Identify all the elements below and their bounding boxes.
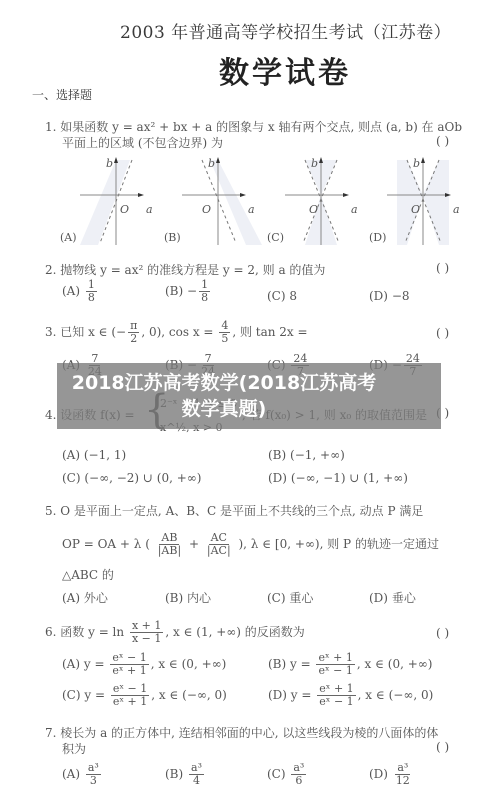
- graph-a-icon: b a O (A): [60, 155, 160, 247]
- svg-text:b: b: [413, 157, 420, 170]
- denominator: eˣ + 1: [111, 696, 149, 708]
- fraction: a³6: [291, 762, 306, 787]
- denominator: |AC|: [205, 545, 233, 557]
- svg-text:O: O: [411, 203, 420, 216]
- question-number: 3.: [45, 325, 56, 339]
- exam-title: 2003 年普通高等学校招生考试（江苏卷）: [120, 18, 500, 43]
- svg-text:a: a: [351, 203, 358, 216]
- denominator: x − 1: [130, 633, 163, 645]
- svg-text:O: O: [309, 203, 318, 216]
- fraction: AC|AC|: [205, 532, 233, 557]
- svg-text:a: a: [146, 203, 153, 216]
- option-label: (A): [62, 448, 80, 462]
- option-value: 垂心: [392, 591, 416, 605]
- denominator: eˣ − 1: [316, 665, 354, 677]
- plus-sign: +: [189, 537, 199, 551]
- option-b-graph: b a O (B): [162, 155, 262, 251]
- option-label: (B): [165, 591, 183, 605]
- question-text: OP = OA + λ (: [62, 537, 150, 551]
- answer-blank: ( ): [436, 626, 449, 640]
- question-text: ), λ ∈ [0, +∞), 则 P 的轨迹一定通过: [239, 537, 439, 551]
- option-domain: , x ∈ (−∞, 0): [358, 688, 434, 702]
- answer-blank: ( ): [436, 326, 449, 340]
- answer-blank: ( ): [436, 740, 449, 754]
- option-c: (C) 重心: [267, 589, 313, 606]
- option-b: (B) a³4: [165, 762, 206, 787]
- option-label: (D): [369, 591, 388, 605]
- option-d: (D) a³12: [369, 762, 414, 787]
- option-label: (D): [268, 471, 287, 485]
- question-5-line1: 5. O 是平面上一定点, A、B、C 是平面上不共线的三个点, 动点 P 满足: [45, 502, 423, 519]
- svg-text:b: b: [106, 157, 113, 170]
- section-heading: 一、选择题: [32, 86, 92, 103]
- answer-blank: ( ): [436, 134, 449, 148]
- question-7-line1: 7. 棱长为 a 的正方体中, 连结相邻面的中心, 以这些线段为棱的八面体的体: [45, 724, 438, 741]
- option-b: (B) y = eˣ + 1eˣ − 1, x ∈ (0, +∞): [268, 652, 432, 677]
- fraction: a³3: [86, 762, 101, 787]
- option-domain: , x ∈ (0, +∞): [151, 657, 227, 671]
- option-value: (−1, +∞): [290, 448, 345, 462]
- svg-text:a: a: [453, 203, 460, 216]
- denominator: 3: [88, 775, 99, 787]
- question-text: , 0), cos x =: [141, 325, 213, 339]
- option-a: (A) (−1, 1): [62, 448, 126, 462]
- option-c: (C) y = eˣ − 1eˣ + 1, x ∈ (−∞, 0): [62, 683, 227, 708]
- option-value: (−1, 1): [84, 448, 126, 462]
- option-a-graph: b a O (A): [60, 155, 160, 251]
- overlay-title[interactable]: 2018江苏高考数学(2018江苏高考数学真题): [57, 363, 441, 422]
- option-d: (D) 垂心: [369, 589, 416, 606]
- svg-text:(B): (B): [164, 231, 181, 244]
- option-d: (D) −8: [369, 289, 410, 303]
- option-domain: , x ∈ (−∞, 0): [151, 688, 227, 702]
- svg-text:O: O: [202, 203, 211, 216]
- denominator: 12: [394, 775, 412, 787]
- question-number: 1.: [45, 120, 56, 134]
- fraction: eˣ − 1eˣ + 1: [110, 652, 148, 677]
- denominator: 8: [199, 292, 210, 304]
- question-text: 棱长为 a 的正方体中, 连结相邻面的中心, 以这些线段为棱的八面体的体: [60, 726, 438, 740]
- option-value: −8: [392, 289, 410, 303]
- option-d-graph: b a O (D): [367, 155, 467, 251]
- fraction: AB|AB|: [156, 532, 183, 557]
- question-text: , 则 tan 2x =: [232, 325, 307, 339]
- option-a: (A) a³3: [62, 762, 103, 787]
- option-label: (A): [62, 284, 80, 298]
- question-3: 3. 已知 x ∈ (−π2, 0), cos x = 45, 则 tan 2x…: [45, 320, 308, 345]
- answer-blank: ( ): [436, 261, 449, 275]
- graph-c-icon: b a O (C): [265, 155, 365, 247]
- option-b: (B) (−1, +∞): [268, 448, 345, 462]
- option-value: 内心: [187, 591, 211, 605]
- question-text: 已知 x ∈ (−: [60, 325, 126, 339]
- option-label: (C): [267, 767, 286, 781]
- svg-text:a: a: [248, 203, 255, 216]
- question-number: 4.: [45, 408, 56, 422]
- denominator: 5: [219, 333, 230, 345]
- fraction: eˣ − 1eˣ + 1: [111, 683, 149, 708]
- question-2: 2. 抛物线 y = ax² 的准线方程是 y = 2, 则 a 的值为: [45, 261, 325, 278]
- denominator: |AB|: [156, 545, 183, 557]
- option-domain: , x ∈ (0, +∞): [357, 657, 433, 671]
- svg-text:(C): (C): [267, 231, 284, 244]
- option-label: (D) y =: [268, 688, 311, 702]
- denominator: eˣ − 1: [317, 696, 355, 708]
- option-b: (B) 内心: [165, 589, 211, 606]
- option-label: (D): [369, 289, 388, 303]
- option-d: (D) y = eˣ + 1eˣ − 1, x ∈ (−∞, 0): [268, 683, 433, 708]
- option-label: (C): [62, 471, 81, 485]
- option-label: (B): [165, 767, 183, 781]
- question-5-line3: △ABC 的: [62, 566, 114, 583]
- denominator: 2: [128, 333, 139, 345]
- option-value: (−∞, −2) ∪ (0, +∞): [84, 471, 201, 485]
- option-d: (D) (−∞, −1) ∪ (1, +∞): [268, 471, 408, 485]
- option-label: (A): [62, 591, 80, 605]
- graph-b-icon: b a O (B): [162, 155, 262, 247]
- option-a: (A) 外心: [62, 589, 108, 606]
- option-value: (−∞, −1) ∪ (1, +∞): [291, 471, 408, 485]
- option-label: (B): [165, 284, 183, 298]
- question-number: 6.: [45, 625, 56, 639]
- fraction: eˣ + 1eˣ − 1: [316, 652, 354, 677]
- option-label: (B) y =: [268, 657, 311, 671]
- fraction: 45: [219, 320, 230, 345]
- denominator: eˣ + 1: [110, 665, 148, 677]
- option-label: (A) y =: [62, 657, 105, 671]
- option-label: (D): [369, 767, 388, 781]
- option-value: 8: [289, 289, 297, 303]
- denominator: 8: [86, 292, 97, 304]
- fraction: a³4: [189, 762, 204, 787]
- svg-text:(A): (A): [60, 231, 77, 244]
- option-a: (A) 18: [62, 279, 99, 304]
- question-text: O 是平面上一定点, A、B、C 是平面上不共线的三个点, 动点 P 满足: [60, 504, 423, 518]
- question-1-line1: 1. 如果函数 y = ax² + bx + a 的图象与 x 轴有两个交点, …: [45, 118, 462, 135]
- title-overlay-banner[interactable]: 2018江苏高考数学(2018江苏高考数学真题): [57, 363, 441, 429]
- question-text: , x ∈ (1, +∞) 的反函数为: [165, 625, 304, 639]
- option-c: (C) 8: [267, 289, 297, 303]
- question-1-graphs: b a O (A) b a O (B): [60, 155, 470, 250]
- option-value: 外心: [84, 591, 108, 605]
- option-c-graph: b a O (C): [265, 155, 365, 251]
- question-text: 如果函数 y = ax² + bx + a 的图象与 x 轴有两个交点, 则点 …: [60, 120, 462, 134]
- option-label: (C) y =: [62, 688, 105, 702]
- option-label: (C): [267, 289, 286, 303]
- svg-text:b: b: [311, 157, 318, 170]
- option-label: (C): [267, 591, 286, 605]
- question-number: 7.: [45, 726, 56, 740]
- question-text: 抛物线 y = ax² 的准线方程是 y = 2, 则 a 的值为: [60, 263, 325, 277]
- fraction: eˣ + 1eˣ − 1: [317, 683, 355, 708]
- fraction: 18: [86, 279, 97, 304]
- option-a: (A) y = eˣ − 1eˣ + 1, x ∈ (0, +∞): [62, 652, 226, 677]
- question-7-line2: 积为: [62, 740, 86, 757]
- fraction: a³12: [394, 762, 412, 787]
- question-text: 函数 y = ln: [60, 625, 124, 639]
- option-label: (A): [62, 767, 80, 781]
- fraction: 18: [199, 279, 210, 304]
- option-label: (B): [268, 448, 286, 462]
- option-c: (C) (−∞, −2) ∪ (0, +∞): [62, 471, 201, 485]
- fraction: π2: [128, 320, 139, 345]
- svg-text:O: O: [120, 203, 129, 216]
- question-6: 6. 函数 y = ln x + 1x − 1, x ∈ (1, +∞) 的反函…: [45, 620, 305, 645]
- question-number: 5.: [45, 504, 56, 518]
- denominator: 4: [191, 775, 202, 787]
- denominator: 6: [293, 775, 304, 787]
- sign: −: [187, 284, 197, 298]
- graph-d-icon: b a O (D): [367, 155, 467, 247]
- question-5-line2: OP = OA + λ ( AB|AB| + AC|AC| ), λ ∈ [0,…: [62, 532, 439, 557]
- svg-text:(D): (D): [369, 231, 386, 244]
- option-value: 重心: [289, 591, 313, 605]
- question-1-line2: 平面上的区域 (不包含边界) 为: [62, 134, 223, 151]
- fraction: x + 1x − 1: [130, 620, 163, 645]
- question-number: 2.: [45, 263, 56, 277]
- option-b: (B) −18: [165, 279, 212, 304]
- svg-text:b: b: [208, 157, 215, 170]
- option-c: (C) a³6: [267, 762, 308, 787]
